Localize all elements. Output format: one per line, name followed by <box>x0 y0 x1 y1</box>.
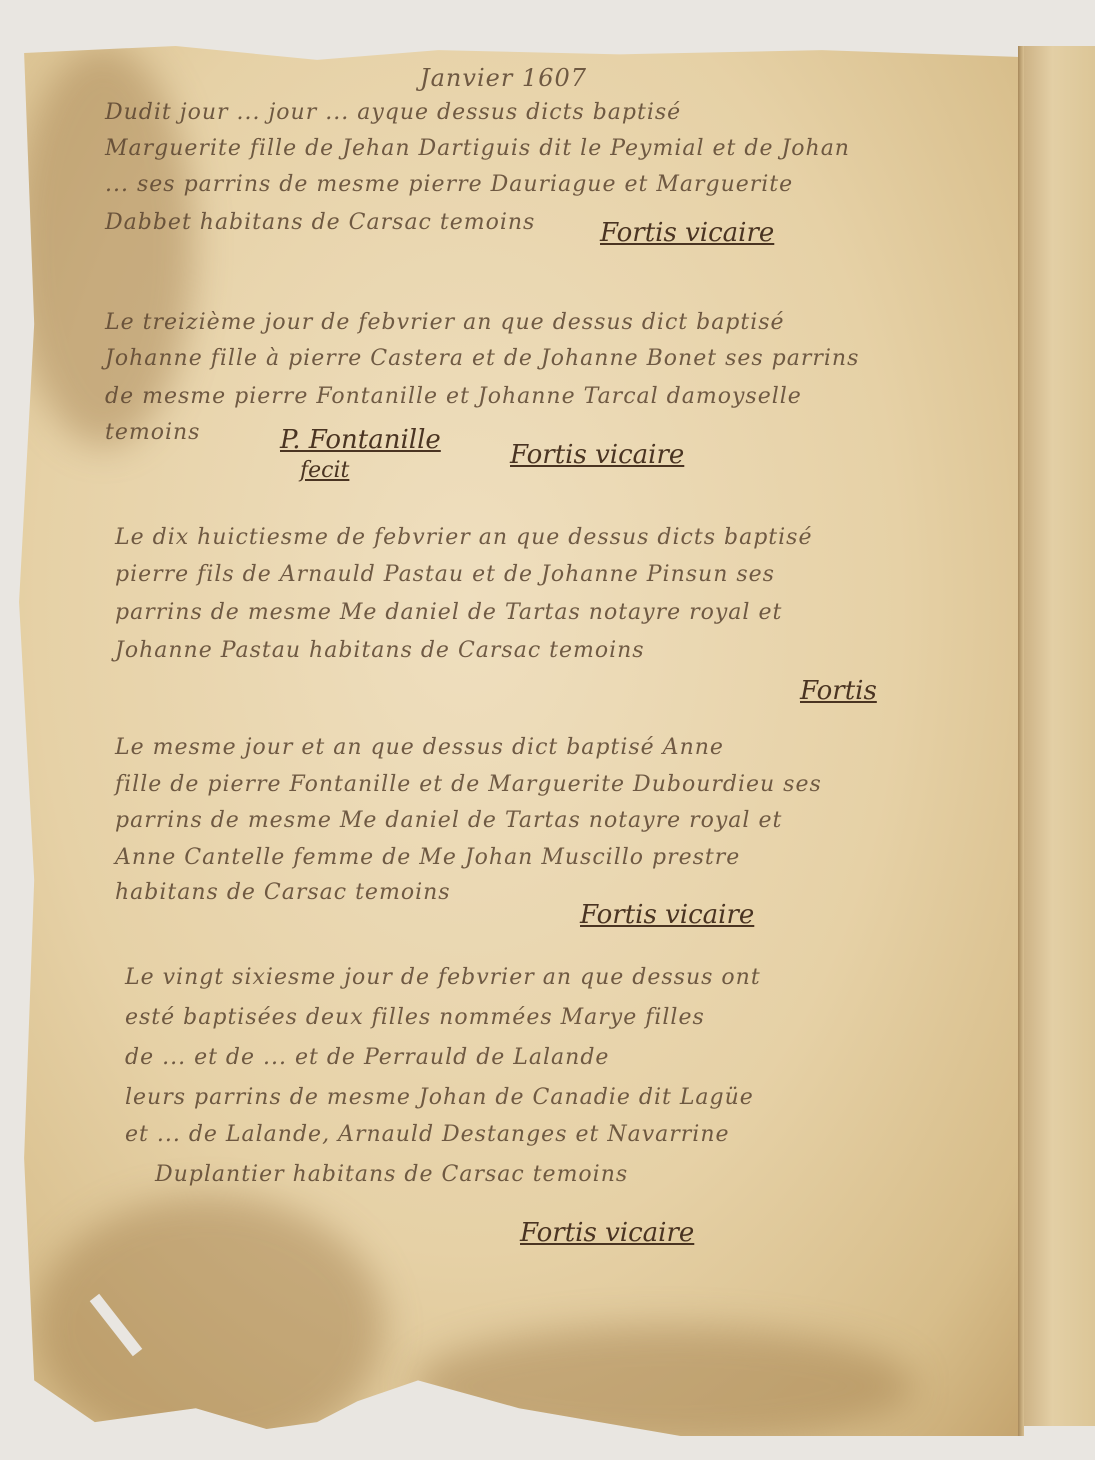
water-stain <box>414 1326 914 1446</box>
entry-line: parrins de mesme Me daniel de Tartas not… <box>115 808 782 833</box>
entry-line: de ... et de ... et de Perrauld de Lalan… <box>125 1045 609 1070</box>
entry-line: esté baptisées deux filles nommées Marye… <box>125 1005 705 1030</box>
adjacent-page <box>1024 46 1095 1426</box>
entry-line: de mesme pierre Fontanille et Johanne Ta… <box>105 384 802 409</box>
entry-line: Le dix huictiesme de febvrier an que des… <box>115 525 812 550</box>
entry-line: ... ses parrins de mesme pierre Dauriagu… <box>105 172 793 197</box>
signature-witness-note: fecit <box>300 458 349 483</box>
entry-line: Anne Cantelle femme de Me Johan Muscillo… <box>115 845 740 870</box>
signature: Fortis <box>800 676 877 706</box>
signature: Fortis vicaire <box>580 900 754 930</box>
entry-line: Le vingt sixiesme jour de febvrier an qu… <box>125 965 761 990</box>
entry-line: Dudit jour ... jour ... ayque dessus dic… <box>105 100 681 125</box>
entry-line: fille de pierre Fontanille et de Marguer… <box>115 772 822 797</box>
signature: Fortis vicaire <box>600 218 774 248</box>
entry-line: Johanne fille à pierre Castera et de Joh… <box>105 346 859 371</box>
entry-line: leurs parrins de mesme Johan de Canadie … <box>125 1085 754 1110</box>
entry-line: et ... de Lalande, Arnauld Destanges et … <box>125 1122 730 1147</box>
signature: Fortis vicaire <box>520 1218 694 1248</box>
entry-line: temoins <box>105 420 200 445</box>
entry-line: pierre fils de Arnauld Pastau et de Joha… <box>115 562 775 587</box>
page-header: Janvier 1607 <box>420 64 587 92</box>
entry-line: Marguerite fille de Jehan Dartiguis dit … <box>105 136 850 161</box>
signature: Fortis vicaire <box>510 440 684 470</box>
page-fold <box>1018 46 1024 1436</box>
entry-line: Le mesme jour et an que dessus dict bapt… <box>115 735 724 760</box>
entry-line: parrins de mesme Me daniel de Tartas not… <box>115 600 782 625</box>
signature-witness: P. Fontanille <box>280 425 441 455</box>
water-stain <box>34 1196 384 1456</box>
entry-line: habitans de Carsac temoins <box>115 880 451 905</box>
entry-line: Dabbet habitans de Carsac temoins <box>105 210 535 235</box>
entry-line: Duplantier habitans de Carsac temoins <box>155 1162 628 1187</box>
entry-line: Johanne Pastau habitans de Carsac temoin… <box>115 638 645 663</box>
entry-line: Le treizième jour de febvrier an que des… <box>105 310 785 335</box>
